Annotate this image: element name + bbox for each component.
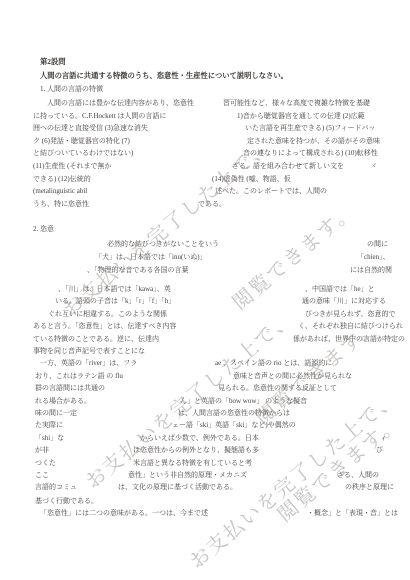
text-segment: いる。語頭の子音は「k」「r」「f」「h」 [55,298,175,306]
text-segment: 人間の言語には豊かな伝達内容があり、恣意性 [47,100,194,108]
text-segment: 、「川」は、日本語では「kawa」、英 [58,286,171,294]
text-segment: が非 [35,447,49,455]
text-segment: 群の言語間には共通の [35,385,105,393]
text-segment: おり、これはラテン語 の flu [35,373,123,381]
text-segment: である。 [198,201,226,209]
text-segment: れる場合がある。 [35,398,91,406]
text-segment: 通の意味「川」に対応する [302,298,386,306]
text-segment: 味の間に一定 [35,410,77,418]
text-segment: 言語的コミュ [35,484,77,492]
text-segment: (11)生産性 (それまで無か [33,163,111,171]
text-segment: 「chien」、 [357,254,390,262]
text-segment: 2. 恣意 [33,226,54,234]
text-segment: 「恣意性」には二つの意味がある。一つは、今まで述 [40,510,208,518]
text-segment: うち、特に恣意性 [33,201,89,209]
text-segment: あると言う。「恣意性」とは、伝達すべき内容 [33,323,176,331]
text-segment: た実際に [35,422,63,430]
text-segment: は恣意性からの例外となり、擬態語も多 [133,447,259,455]
text-segment: びつきが見られず、恣意的で [305,311,395,319]
text-segment: は、文化の原理に基づく活動である。 [118,484,237,492]
text-segment: 、「物理的な音である各国の言葉 [87,267,189,275]
text-segment: ている特徴のことである。逆に、伝達内 [33,336,159,344]
text-segment: 必然的な結びつきがないことをいう [107,241,219,249]
text-segment: ェー語「ski」英語「ski」など)や偶然の [172,422,296,430]
text-segment: 人間の言語に共通する特徴のうち、恣意性・生産性について説明しなさい。 [40,72,288,80]
text-segment: 1. 人間の言語の特徴 [40,86,103,94]
text-segment: ae 、スペイン語の rio とは、語源的に [215,360,332,368]
text-segment: ざる、人間の [337,472,379,480]
text-segment: ぐれ互いに相違する。このような関係 [48,311,167,319]
text-segment: 習可能性など、様々な高度で複雑な特徴を基礎 [223,100,370,108]
document-page: 第2設問人間の言語に共通する特徴のうち、恣意性・生産性について説明しなさい。1.… [0,0,410,580]
text-segment: ここ [35,472,49,480]
text-segment: の秩序と原理に [345,484,394,492]
text-segment: ざる。語を組み合わせて新しい文を [232,163,344,171]
text-segment: く、それぞれ独自に結びつけられ [298,323,403,331]
text-segment: 見られる。恣意性の関する反証として [218,385,337,393]
text-segment: 「犬」は、日本語では「inu(いぬ)」 [95,254,207,262]
text-segment: 米言語と異なる特徴を有していると考 [133,460,252,468]
text-segment: からいえば少数で、例外である。日本 [140,435,259,443]
text-segment: 1)音から聴覚器官を通しての伝達 (2)広範 [237,113,365,121]
text-segment: 囲への伝達と直接受信 (3)急速な消失 [33,125,148,133]
text-segment: ん」と英語の「bow wow」 のような擬音 [180,398,307,406]
text-segment: は、人間言語の恣意性の特徴からは [178,410,290,418]
text-segment: と結びついているわけではない) [33,150,133,158]
text-segment: できる) (12)伝統的 [33,176,91,184]
text-segment: 基づく行動である。 [35,498,98,506]
text-segment: いた言語を再生産できる) (5)フィードバッ [245,125,376,133]
text-segment: 第2設問 [40,58,66,66]
text-segment: ヾ [370,163,377,171]
text-segment: ・概念」と「表現・音」とは [307,510,398,518]
text-segment: 係があれば、世界中の言語が特定の [293,336,405,344]
text-segment: 意性」という非自然的原理・メカニズ [128,472,247,480]
text-segment: 、中国語では「he」と [305,286,375,294]
text-segment: に持っている。C.F.Hockett は人間の言語に [33,113,166,121]
document-text-layer: 第2設問人間の言語に共通する特徴のうち、恣意性・生産性について説明しなさい。1.… [0,0,410,580]
text-segment: (14)虚偽性 (嘘、物語、仮 [212,176,291,184]
text-segment: 音の連なりによって構成される) (10)転移性 [243,150,378,158]
text-segment: 事物を同じ音声記号で表すことにな [33,348,145,356]
text-segment: つくた [35,460,56,468]
text-segment: (metalinguistic abil [33,188,87,196]
text-segment: ィ [380,435,387,443]
text-segment: 意味と音声との間に必然性が見られな [233,373,352,381]
text-segment: び [376,447,383,455]
text-segment: の間に [367,241,388,249]
text-segment: ク (6)発話・聴覚器官の特化 (7) [33,138,130,146]
text-segment: 定された意味を持つが、その語がその意味 [247,138,380,146]
text-segment: 述べた。このレポートでは、人間の [215,188,327,196]
text-segment: には自然的関 [350,267,392,275]
text-segment: 「shi」な [35,435,64,443]
text-segment: 一方、英語の「river」は、フラ [40,360,137,368]
